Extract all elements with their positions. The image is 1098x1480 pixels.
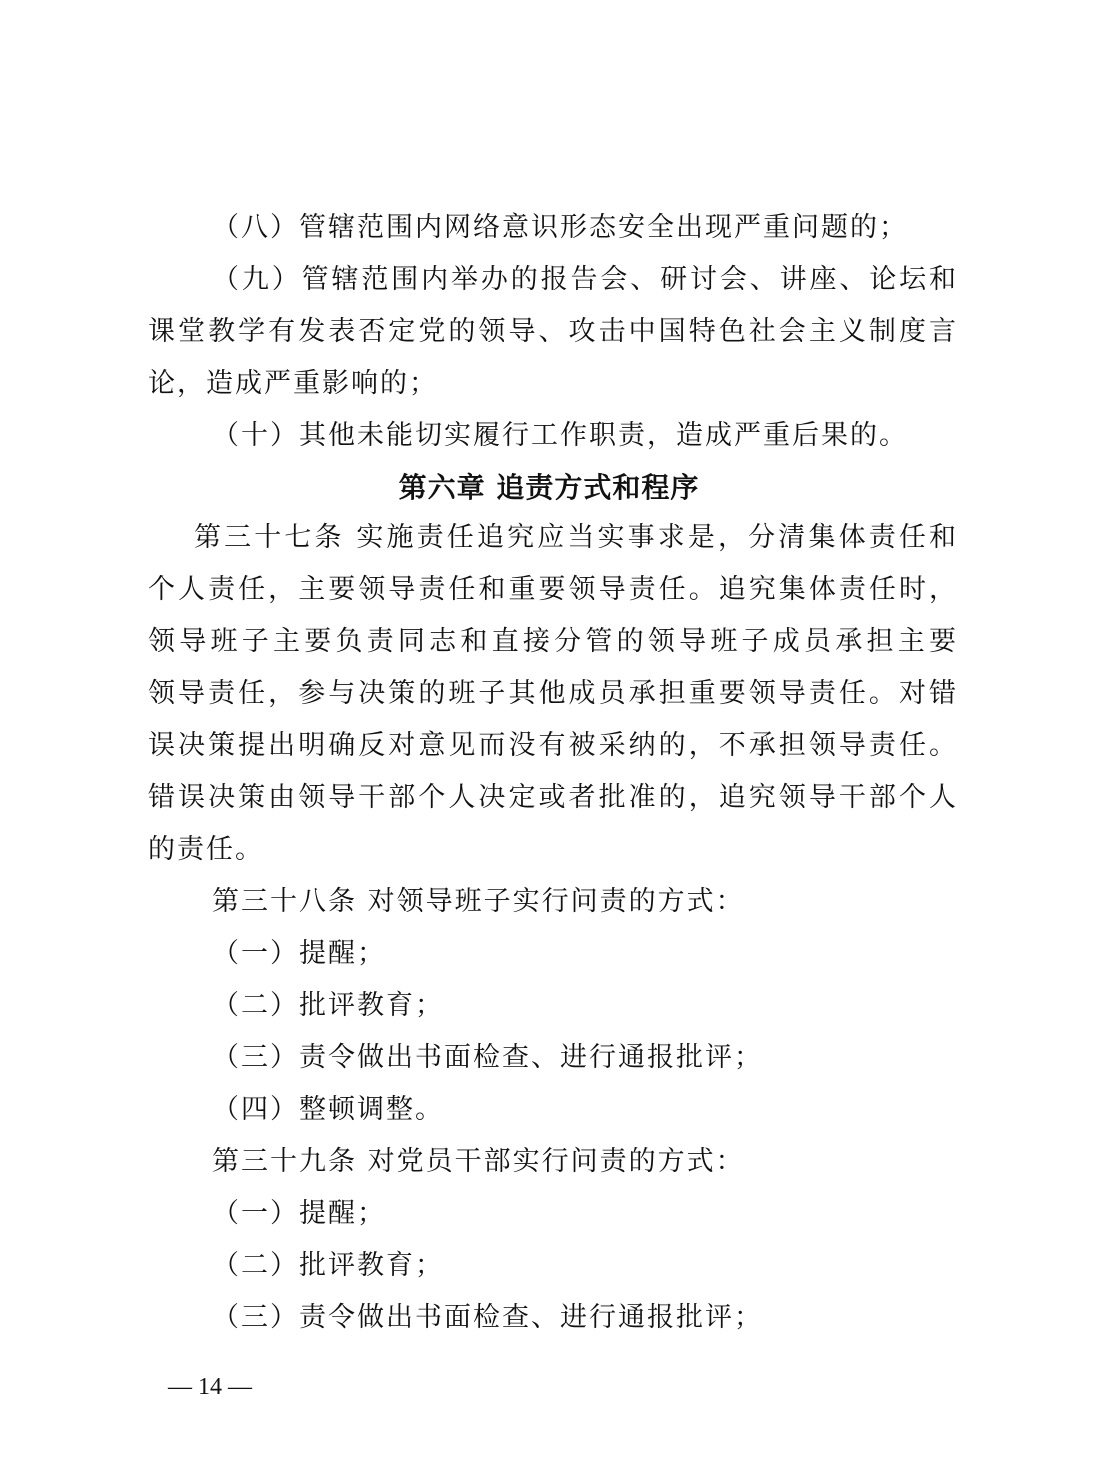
page-number: — 14 — [168,1372,252,1402]
article-38-item-3: （三）责令做出书面检查、进行通报批评； [212,1041,763,1075]
article-39: 第三十九条 对党员干部实行问责的方式： [212,1145,745,1179]
article-37-line-1: 第三十七条 实施责任追究应当实事求是，分清集体责任和 [194,521,958,555]
list-item-10: （十）其他未能切实履行工作职责，造成严重后果的。 [212,419,908,453]
list-item-9-line-2: 课堂教学有发表否定党的领导、攻击中国特色社会主义制度言 [148,315,958,349]
article-39-item-2: （二）批评教育； [212,1249,444,1283]
article-38-item-4: （四）整顿调整。 [212,1093,444,1127]
list-item-8: （八）管辖范围内网络意识形态安全出现严重问题的； [212,211,908,245]
article-39-item-3: （三）责令做出书面检查、进行通报批评； [212,1301,763,1335]
document-page: （八）管辖范围内网络意识形态安全出现严重问题的； （九）管辖范围内举办的报告会、… [0,0,1098,1480]
list-item-9-line-3: 论，造成严重影响的； [148,367,438,401]
chapter-heading: 第六章 追责方式和程序 [0,471,1098,505]
article-37-line-7: 的责任。 [148,833,264,867]
article-37-line-6: 错误决策由领导干部个人决定或者批准的，追究领导干部个人 [148,781,958,815]
list-item-9-line-1: （九）管辖范围内举办的报告会、研讨会、讲座、论坛和 [212,263,958,297]
article-37-line-2: 个人责任，主要领导责任和重要领导责任。追究集体责任时， [148,573,958,607]
article-37-line-3: 领导班子主要负责同志和直接分管的领导班子成员承担主要 [148,625,958,659]
article-38-item-2: （二）批评教育； [212,989,444,1023]
article-37-line-4: 领导责任，参与决策的班子其他成员承担重要领导责任。对错 [148,677,958,711]
article-38: 第三十八条 对领导班子实行问责的方式： [212,885,745,919]
article-38-item-1: （一）提醒； [212,937,386,971]
article-39-item-1: （一）提醒； [212,1197,386,1231]
article-37-line-5: 误决策提出明确反对意见而没有被采纳的，不承担领导责任。 [148,729,958,763]
